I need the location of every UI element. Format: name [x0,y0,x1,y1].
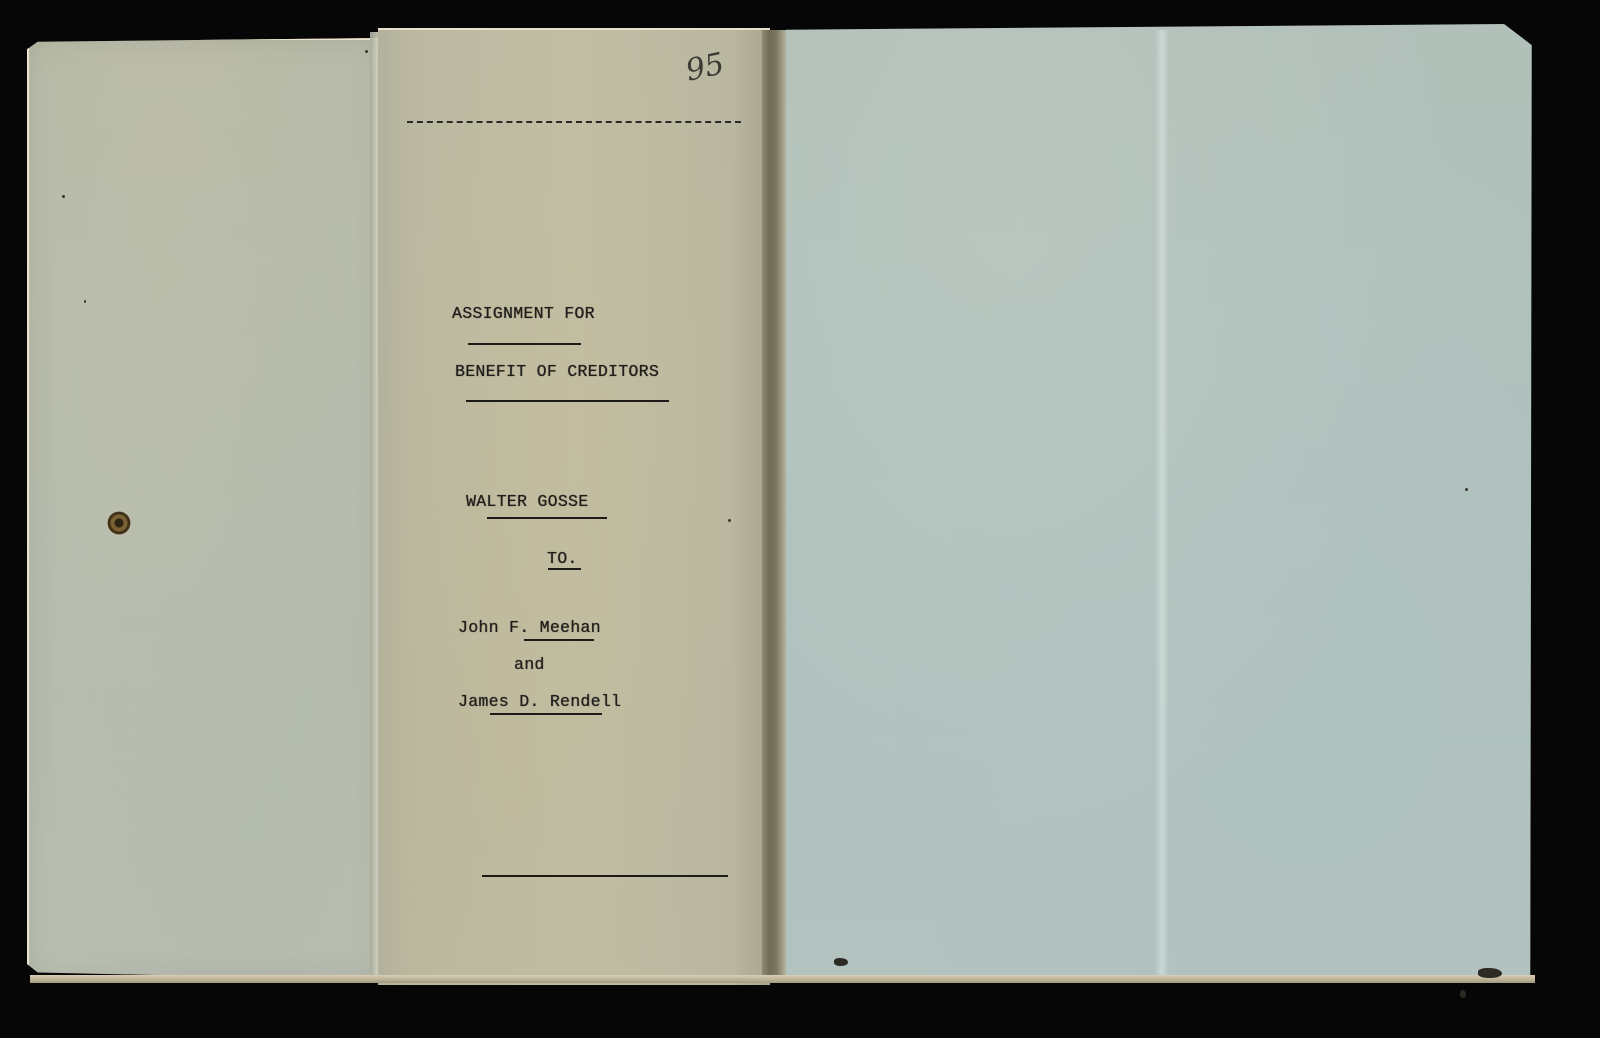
party-to-1-underline [524,639,594,641]
bottom-signature-rule [482,875,728,877]
party-from: WALTER GOSSE [466,492,588,511]
party-to-and: and [514,655,545,674]
paper-damage-spot [834,958,848,966]
paper-speck [365,50,368,53]
title-line-2: BENEFIT OF CREDITORS [455,362,659,381]
eyelet-hole-icon [107,511,131,535]
paper-tear [1478,968,1502,978]
title-line-1: ASSIGNMENT FOR [452,304,595,323]
connector-to: TO. [547,549,578,568]
paper-speck [728,519,731,522]
party-to-2-underline [490,713,602,715]
paper-speck [62,195,65,198]
party-to-1: John F. Meehan [458,618,601,637]
paper-damage-spot [1460,990,1466,998]
party-to-2: James D. Rendell [458,692,621,711]
folded-sheet: 95 ASSIGNMENT FOR BENEFIT OF CREDITORS W… [0,0,1600,1038]
title-rule-short [468,343,581,345]
connector-underline [548,568,581,570]
bottom-paper-edge [30,975,1535,983]
dashed-divider [407,121,741,123]
left-flap-panel [27,38,382,980]
title-rule-long [466,400,669,402]
party-from-underline [487,517,607,519]
center-spine-fold [762,30,788,982]
paper-speck [1465,488,1468,491]
scanned-document: 95 ASSIGNMENT FOR BENEFIT OF CREDITORS W… [0,0,1600,1038]
right-fold-crease [1155,30,1169,982]
paper-speck [84,300,86,303]
